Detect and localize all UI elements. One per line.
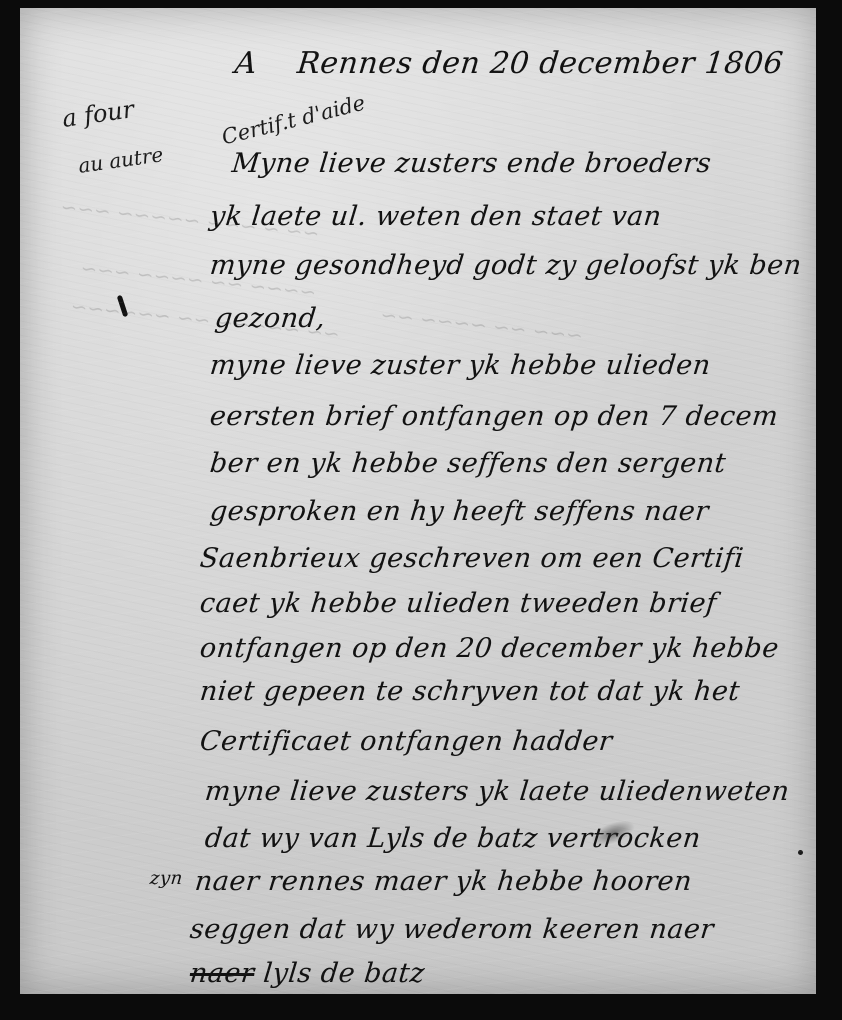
letter-line-1: yk laete ul. weten den staet van (208, 201, 663, 232)
letter-line-6: ber en yk hebbe seffens den sergent (208, 448, 727, 479)
heading-place: Rennes (295, 46, 414, 81)
letter-line-10: ontfangen op den 20 december yk hebbe (198, 633, 780, 664)
margin-note: Certif.t d'aide (219, 91, 367, 150)
letter-line-9: caet yk hebbe ulieden tweeden brief (198, 588, 718, 619)
letter-line-16: seggen dat wy wederom keeren naer (188, 914, 715, 945)
letter-line-15: naer rennes maer yk hebbe hooren (193, 866, 693, 897)
letter-line-2: myne gesondheyd godt zy geloofst yk ben (208, 250, 803, 281)
ink-dot (798, 850, 803, 855)
letter-line-4: myne lieve zuster yk hebbe ulieden (208, 350, 712, 381)
bleed-through-text: ~~~ ~~ ~~~~ ~~ (379, 302, 584, 347)
letter-line-13: myne lieve zusters yk laete uliedenweten (203, 776, 791, 807)
heading-prefix: A (233, 46, 259, 81)
margin-note: a four (60, 95, 135, 133)
letter-line-11: niet gepeen te schryven tot dat yk het (198, 676, 741, 707)
letter-page: ~~ ~ ~~~ ~~~~~ ~~~ ~~~~ ~~ ~~~~ ~~~ ~~ ~… (20, 8, 816, 994)
letter-line-7: gesproken en hy heeft seffens naer (208, 496, 710, 527)
inline-insert: zyn (149, 868, 184, 889)
salutation: Myne lieve zusters ende broeders (230, 148, 712, 179)
letter-line-3: gezond, (213, 303, 327, 334)
struck-word: naer (188, 958, 256, 989)
closing-text: lyls de batz (262, 958, 427, 989)
letter-line-17: naer lyls de batz (188, 958, 426, 989)
letter-line-5: eersten brief ontfangen op den 7 decem (208, 401, 779, 432)
margin-note: au autre (77, 142, 165, 178)
letter-heading: A Rennes den 20 december 1806 (233, 46, 785, 81)
heading-date: den 20 december 1806 (421, 46, 785, 81)
letter-line-12: Certificaet ontfangen hadder (198, 726, 614, 757)
letter-line-8: Saenbrieux geschreven om een Certifi (198, 543, 745, 574)
